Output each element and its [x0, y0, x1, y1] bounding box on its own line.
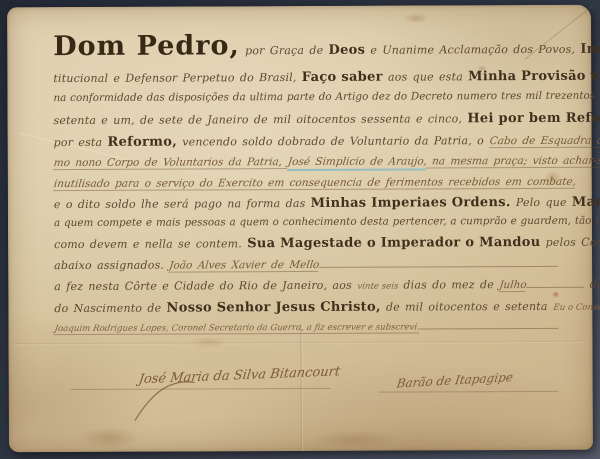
handwritten-text: na mesma praça; visto achar-se	[426, 155, 600, 169]
blackletter-text: Imperador	[580, 41, 600, 56]
handwritten-text: inutilisado para o serviço do Exercito e…	[53, 176, 577, 191]
blackletter-text: Reformo,	[107, 135, 177, 150]
text-line: por esta Reformo, vencendo soldo dobrado…	[54, 133, 558, 150]
text-line: Joaquim Rodrigues Lopes, Coronel Secreta…	[54, 322, 558, 335]
paper-sheet: Dom Pedro, por Graça de Deos e Unanime A…	[7, 5, 593, 453]
printed-script-text: a quem compete e mais pessoas a quem o c…	[54, 214, 600, 229]
printed-script-text: aos que esta	[383, 70, 468, 83]
printed-script-text: por esta	[54, 136, 108, 149]
blackletter-text: Sua Magestade o Imperador o Mandou	[247, 235, 540, 251]
text-line: titucional e Defensor Perpetuo do Brasil…	[53, 69, 557, 86]
handwritten-text: Eu o Conselheiro	[552, 303, 600, 313]
document-scan: { "doc": { "colors": { "background": "#2…	[0, 0, 600, 459]
handwritten-subscription: Joaquim Rodrigues Lopes, Coronel Secreta…	[54, 322, 421, 335]
printed-script-text: e Unanime Acclamação dos Povos,	[365, 43, 580, 57]
printed-script-text: titucional e Defensor Perpetuo do Brasil…	[53, 71, 301, 85]
printed-script-text: a fez nesta Côrte e Cidade do Rio de Jan…	[54, 279, 357, 293]
handwritten-month: Julho	[498, 279, 527, 292]
handwritten-date: vinte seis	[356, 282, 399, 292]
text-line: do Nascimento de Nosso Senhor Jesus Chri…	[54, 299, 558, 316]
handwritten-name: João Alves Xavier de Mello	[169, 259, 321, 273]
text-line: na conformidade das disposições da ultim…	[53, 90, 557, 104]
printed-script-text: Pelo que	[511, 196, 572, 209]
printed-script-text: vencendo soldo dobrado de Voluntario da …	[177, 134, 489, 148]
printed-script-text: dias do mez de	[398, 278, 499, 291]
blackletter-text: Minha Provisão virem,	[468, 69, 600, 85]
text-line: inutilisado para o serviço do Exercito e…	[54, 176, 558, 191]
printed-script-text: como devem e nella se contem.	[54, 237, 247, 251]
blackletter-text: Nosso Senhor Jesus Christo,	[167, 300, 381, 316]
handwritten-text: Cabo de Esquadra do vigesi-	[488, 134, 600, 148]
handwritten-text: mo nono Corpo de Voluntarios da Patria,	[53, 156, 288, 170]
printed-script-text: abaixo assignados.	[54, 259, 169, 273]
blackletter-text: Faço saber	[302, 70, 383, 85]
blackletter-text: Hei por bem Reformar,	[467, 111, 600, 127]
blackletter-text: Dom Pedro,	[53, 32, 240, 60]
text-line: como devem e nella se contem. Sua Magest…	[54, 235, 558, 252]
ruled-line	[420, 326, 559, 330]
printed-script-text: por Graça de	[240, 44, 329, 57]
ruled-line	[319, 264, 558, 268]
stain	[403, 13, 429, 23]
printed-script-text: setenta e um, de sete de Janeiro de mil …	[53, 112, 467, 127]
text-line: a fez nesta Côrte e Cidade do Rio de Jan…	[54, 278, 558, 294]
ruled-line	[527, 285, 585, 288]
text-line: abaixo assignados. João Alves Xavier de …	[54, 257, 558, 273]
printed-script-text: na conformidade das disposições da ultim…	[53, 90, 595, 104]
printed-script-text: de mil oitocentos e setenta	[381, 300, 553, 314]
blackletter-text: Mando	[572, 195, 600, 210]
blackletter-text: Minhas Imperiaes Ordens.	[311, 195, 511, 211]
text-line: Dom Pedro, por Graça de Deos e Unanime A…	[53, 31, 557, 60]
printed-script-text: pelos Conselheiros de Guerra	[540, 235, 600, 249]
printed-script-text: do Nascimento de	[54, 302, 166, 315]
text-line: mo nono Corpo de Voluntarios da Patria, …	[54, 155, 558, 172]
text-line: a quem compete e mais pessoas a quem o c…	[54, 215, 558, 229]
handwritten-name-underlined: José Simplicio de Araujo,	[286, 155, 427, 171]
printed-script-text: do Anno	[584, 278, 600, 291]
printed-script-text: e o dito soldo lhe será pago na forma da…	[54, 197, 311, 211]
blackletter-text: Deos	[328, 43, 365, 58]
text-line: e o dito soldo lhe será pago na forma da…	[54, 195, 558, 212]
text-line: setenta e um, de sete de Janeiro de mil …	[53, 111, 557, 128]
